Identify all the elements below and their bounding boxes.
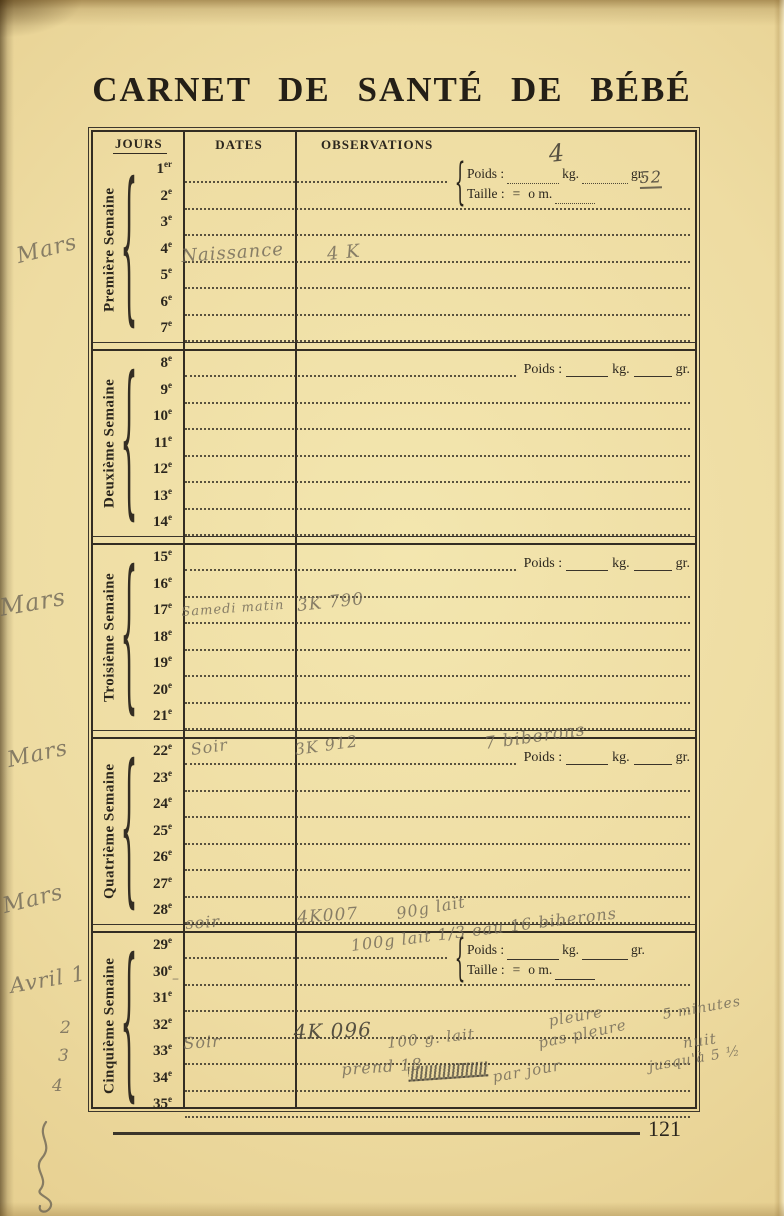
- entry-line: [185, 590, 690, 598]
- entry-line: Poids :kg.gr.: [185, 362, 690, 377]
- entry-line: [185, 281, 690, 289]
- gr-label: gr.: [631, 940, 645, 960]
- dotted-rule: [185, 396, 690, 404]
- dotted-rule: [185, 863, 690, 871]
- entry-line: [185, 334, 690, 342]
- dotted-rule: [185, 590, 690, 598]
- om-label: o m.: [528, 184, 552, 204]
- page-title: CARNET DE SANTÉ DE BÉBÉ: [0, 70, 784, 110]
- handwriting-note: 4K007: [297, 906, 359, 927]
- entry-line: [185, 228, 690, 236]
- dotted-rule: [185, 616, 690, 624]
- taille-field: Taille :=o m.: [467, 960, 691, 980]
- handwriting-note: Mars: [15, 232, 80, 268]
- day-row-11: 11e: [93, 430, 695, 456]
- gr-label: gr.: [676, 362, 690, 377]
- poids-label: Poids :: [467, 940, 504, 960]
- poids-gr-slot: [582, 959, 628, 960]
- dotted-rule: [185, 643, 690, 651]
- health-record-table: JOURS DATES OBSERVATIONS 1er2e3e4e5e6e7e…: [88, 127, 700, 1112]
- pencil-flourish: [26, 1120, 66, 1216]
- day-row-16: 16e: [93, 571, 695, 597]
- entry-line: [185, 475, 690, 483]
- handwriting-note: Mars: [1, 882, 66, 918]
- poids-field: Poids :kg.gr.: [516, 556, 690, 571]
- entry-line: Poids :kg.gr.: [185, 556, 690, 571]
- day-row-12: 12e: [93, 457, 695, 483]
- week-brace-icon: {: [119, 360, 140, 526]
- kg-label: kg.: [612, 750, 630, 765]
- entry-line: [185, 616, 690, 624]
- dotted-rule: [185, 696, 690, 704]
- equals-sign: =: [513, 960, 521, 980]
- week-brace-icon: {: [119, 554, 140, 720]
- dotted-rule: [185, 722, 690, 730]
- handwriting-note: 4 K: [326, 243, 361, 264]
- week-brace-icon: {: [119, 166, 140, 332]
- handwriting-note: 4K 096: [293, 1019, 372, 1042]
- day-row-15: 15ePoids :kg.gr.: [93, 545, 695, 571]
- measure-brace-icon: {: [453, 155, 467, 213]
- dotted-rule: [185, 757, 516, 765]
- handwriting-note: –: [172, 972, 180, 986]
- dotted-rule: [185, 528, 690, 536]
- poids-gr-slot: [582, 183, 628, 184]
- entry-line: [185, 308, 690, 316]
- day-row-19: 19e: [93, 651, 695, 677]
- week-section-4: 22ePoids :kg.gr.23e24e25e26e27e28eQuatri…: [93, 739, 695, 924]
- dotted-rule: [185, 422, 690, 430]
- entry-line: [185, 837, 690, 845]
- kg-label: kg.: [562, 164, 579, 184]
- day-row-24: 24e: [93, 792, 695, 818]
- measure-lines: Poids :kg.gr.Taille :=o m.: [467, 940, 691, 979]
- taille-slot: [555, 203, 595, 204]
- handwriting-note: Avril 1: [8, 963, 87, 997]
- dotted-rule: [185, 837, 690, 845]
- poids-label: Poids :: [524, 750, 563, 765]
- entry-line: [185, 1110, 690, 1118]
- day-rows: 15ePoids :kg.gr.16e17e18e19e20e21e: [93, 545, 695, 730]
- poids-taille-block: {Poids :kg.gr.Taille :=o m.: [453, 935, 691, 985]
- handwriting-note: 3: [58, 1048, 70, 1065]
- kg-label: kg.: [612, 362, 630, 377]
- poids-label: Poids :: [467, 164, 504, 184]
- poids-label: Poids :: [524, 362, 563, 377]
- taille-slot: [555, 979, 595, 980]
- day-row-26: 26e: [93, 845, 695, 871]
- paper-corner-shadow: [0, 0, 130, 60]
- kg-label: kg.: [562, 940, 579, 960]
- day-row-21: 21e: [93, 704, 695, 730]
- day-rows: 8ePoids :kg.gr.9e10e11e12e13e14e: [93, 351, 695, 536]
- gr-label: gr.: [676, 750, 690, 765]
- entry-line: [185, 696, 690, 704]
- dotted-rule: [185, 951, 447, 959]
- day-row-25: 25e: [93, 818, 695, 844]
- handwriting-note: 52: [639, 169, 662, 189]
- entry-line: [185, 396, 690, 404]
- poids-label: Poids :: [524, 556, 563, 571]
- entry-line: [185, 643, 690, 651]
- entry-line: [185, 863, 690, 871]
- taille-label: Taille :: [467, 960, 505, 980]
- dotted-rule: [185, 1084, 690, 1092]
- week-section-2: 8ePoids :kg.gr.9e10e11e12e13e14eDeuxième…: [93, 351, 695, 536]
- dotted-rule: [185, 369, 516, 377]
- table-header-row: JOURS DATES OBSERVATIONS: [93, 132, 695, 157]
- entry-line: [185, 669, 690, 677]
- weeks-container: 1er2e3e4e5e6e7ePremière Semaine{{Poids :…: [93, 157, 695, 1118]
- dotted-rule: [185, 1110, 690, 1118]
- poids-field: Poids :kg.gr.: [516, 362, 690, 377]
- header-observations: OBSERVATIONS: [321, 137, 433, 153]
- day-row-35: 35e: [93, 1092, 695, 1118]
- day-row-3: 3e: [93, 210, 695, 236]
- day-row-7: 7e: [93, 316, 695, 342]
- kg-label: kg.: [612, 556, 630, 571]
- handwriting-note: Mars: [5, 738, 70, 772]
- day-row-20: 20e: [93, 677, 695, 703]
- gr-label: gr.: [676, 556, 690, 571]
- handwriting-note: soir: [185, 914, 221, 932]
- entry-line: [185, 502, 690, 510]
- dotted-rule: [185, 502, 690, 510]
- page-number: 121: [648, 1116, 681, 1142]
- week-section-3: 15ePoids :kg.gr.16e17e18e19e20e21eTroisi…: [93, 545, 695, 730]
- poids-field: Poids :kg.gr.: [467, 940, 691, 960]
- footer-rule: [113, 1132, 640, 1135]
- entry-line: [185, 722, 690, 730]
- day-row-27: 27e: [93, 871, 695, 897]
- day-row-14: 14e: [93, 510, 695, 536]
- dotted-rule: [185, 784, 690, 792]
- day-row-6: 6e: [93, 289, 695, 315]
- header-jours: JOURS: [113, 136, 167, 154]
- equals-sign: =: [513, 184, 521, 204]
- entry-line: [185, 528, 690, 536]
- day-row-18: 18e: [93, 624, 695, 650]
- handwriting-note: Soir: [183, 1033, 221, 1052]
- dotted-rule: [185, 563, 516, 571]
- paper-edge-right: [774, 0, 784, 1216]
- dotted-rule: [185, 228, 690, 236]
- week-brace-icon: {: [119, 748, 140, 914]
- taille-label: Taille :: [467, 184, 505, 204]
- handwriting-note: 4: [52, 1078, 64, 1095]
- handwriting-note: 4: [547, 140, 566, 166]
- entry-line: [185, 810, 690, 818]
- header-dates: DATES: [183, 137, 295, 153]
- entry-line: [185, 1004, 690, 1012]
- day-row-22: 22ePoids :kg.gr.: [93, 739, 695, 765]
- om-label: o m.: [528, 960, 552, 980]
- dotted-rule: [185, 810, 690, 818]
- poids-field: Poids :kg.gr.: [516, 750, 690, 765]
- day-row-8: 8ePoids :kg.gr.: [93, 351, 695, 377]
- entry-line: [185, 422, 690, 430]
- week-brace-icon: {: [119, 942, 140, 1108]
- entry-line: [185, 449, 690, 457]
- paper-edge-bottom: [0, 1202, 784, 1216]
- dotted-rule: [185, 281, 690, 289]
- day-row-10: 10e: [93, 404, 695, 430]
- day-rows: 22ePoids :kg.gr.23e24e25e26e27e28e: [93, 739, 695, 924]
- dotted-rule: [185, 449, 690, 457]
- paper-edge-top: [0, 0, 784, 26]
- day-row-31: 31e: [93, 986, 695, 1012]
- day-row-9: 9e: [93, 377, 695, 403]
- day-row-23: 23e: [93, 765, 695, 791]
- dotted-rule: [185, 475, 690, 483]
- day-row-13: 13e: [93, 483, 695, 509]
- dotted-rule: [185, 334, 690, 342]
- handwriting-note: Mars: [0, 585, 68, 620]
- dotted-rule: [185, 308, 690, 316]
- handwriting-note: 2: [60, 1020, 72, 1037]
- entry-line: [185, 1084, 690, 1092]
- dotted-rule: [185, 669, 690, 677]
- entry-line: Poids :kg.gr.: [185, 750, 690, 765]
- entry-line: [185, 784, 690, 792]
- dotted-rule: [185, 1004, 690, 1012]
- dotted-rule: [185, 175, 447, 183]
